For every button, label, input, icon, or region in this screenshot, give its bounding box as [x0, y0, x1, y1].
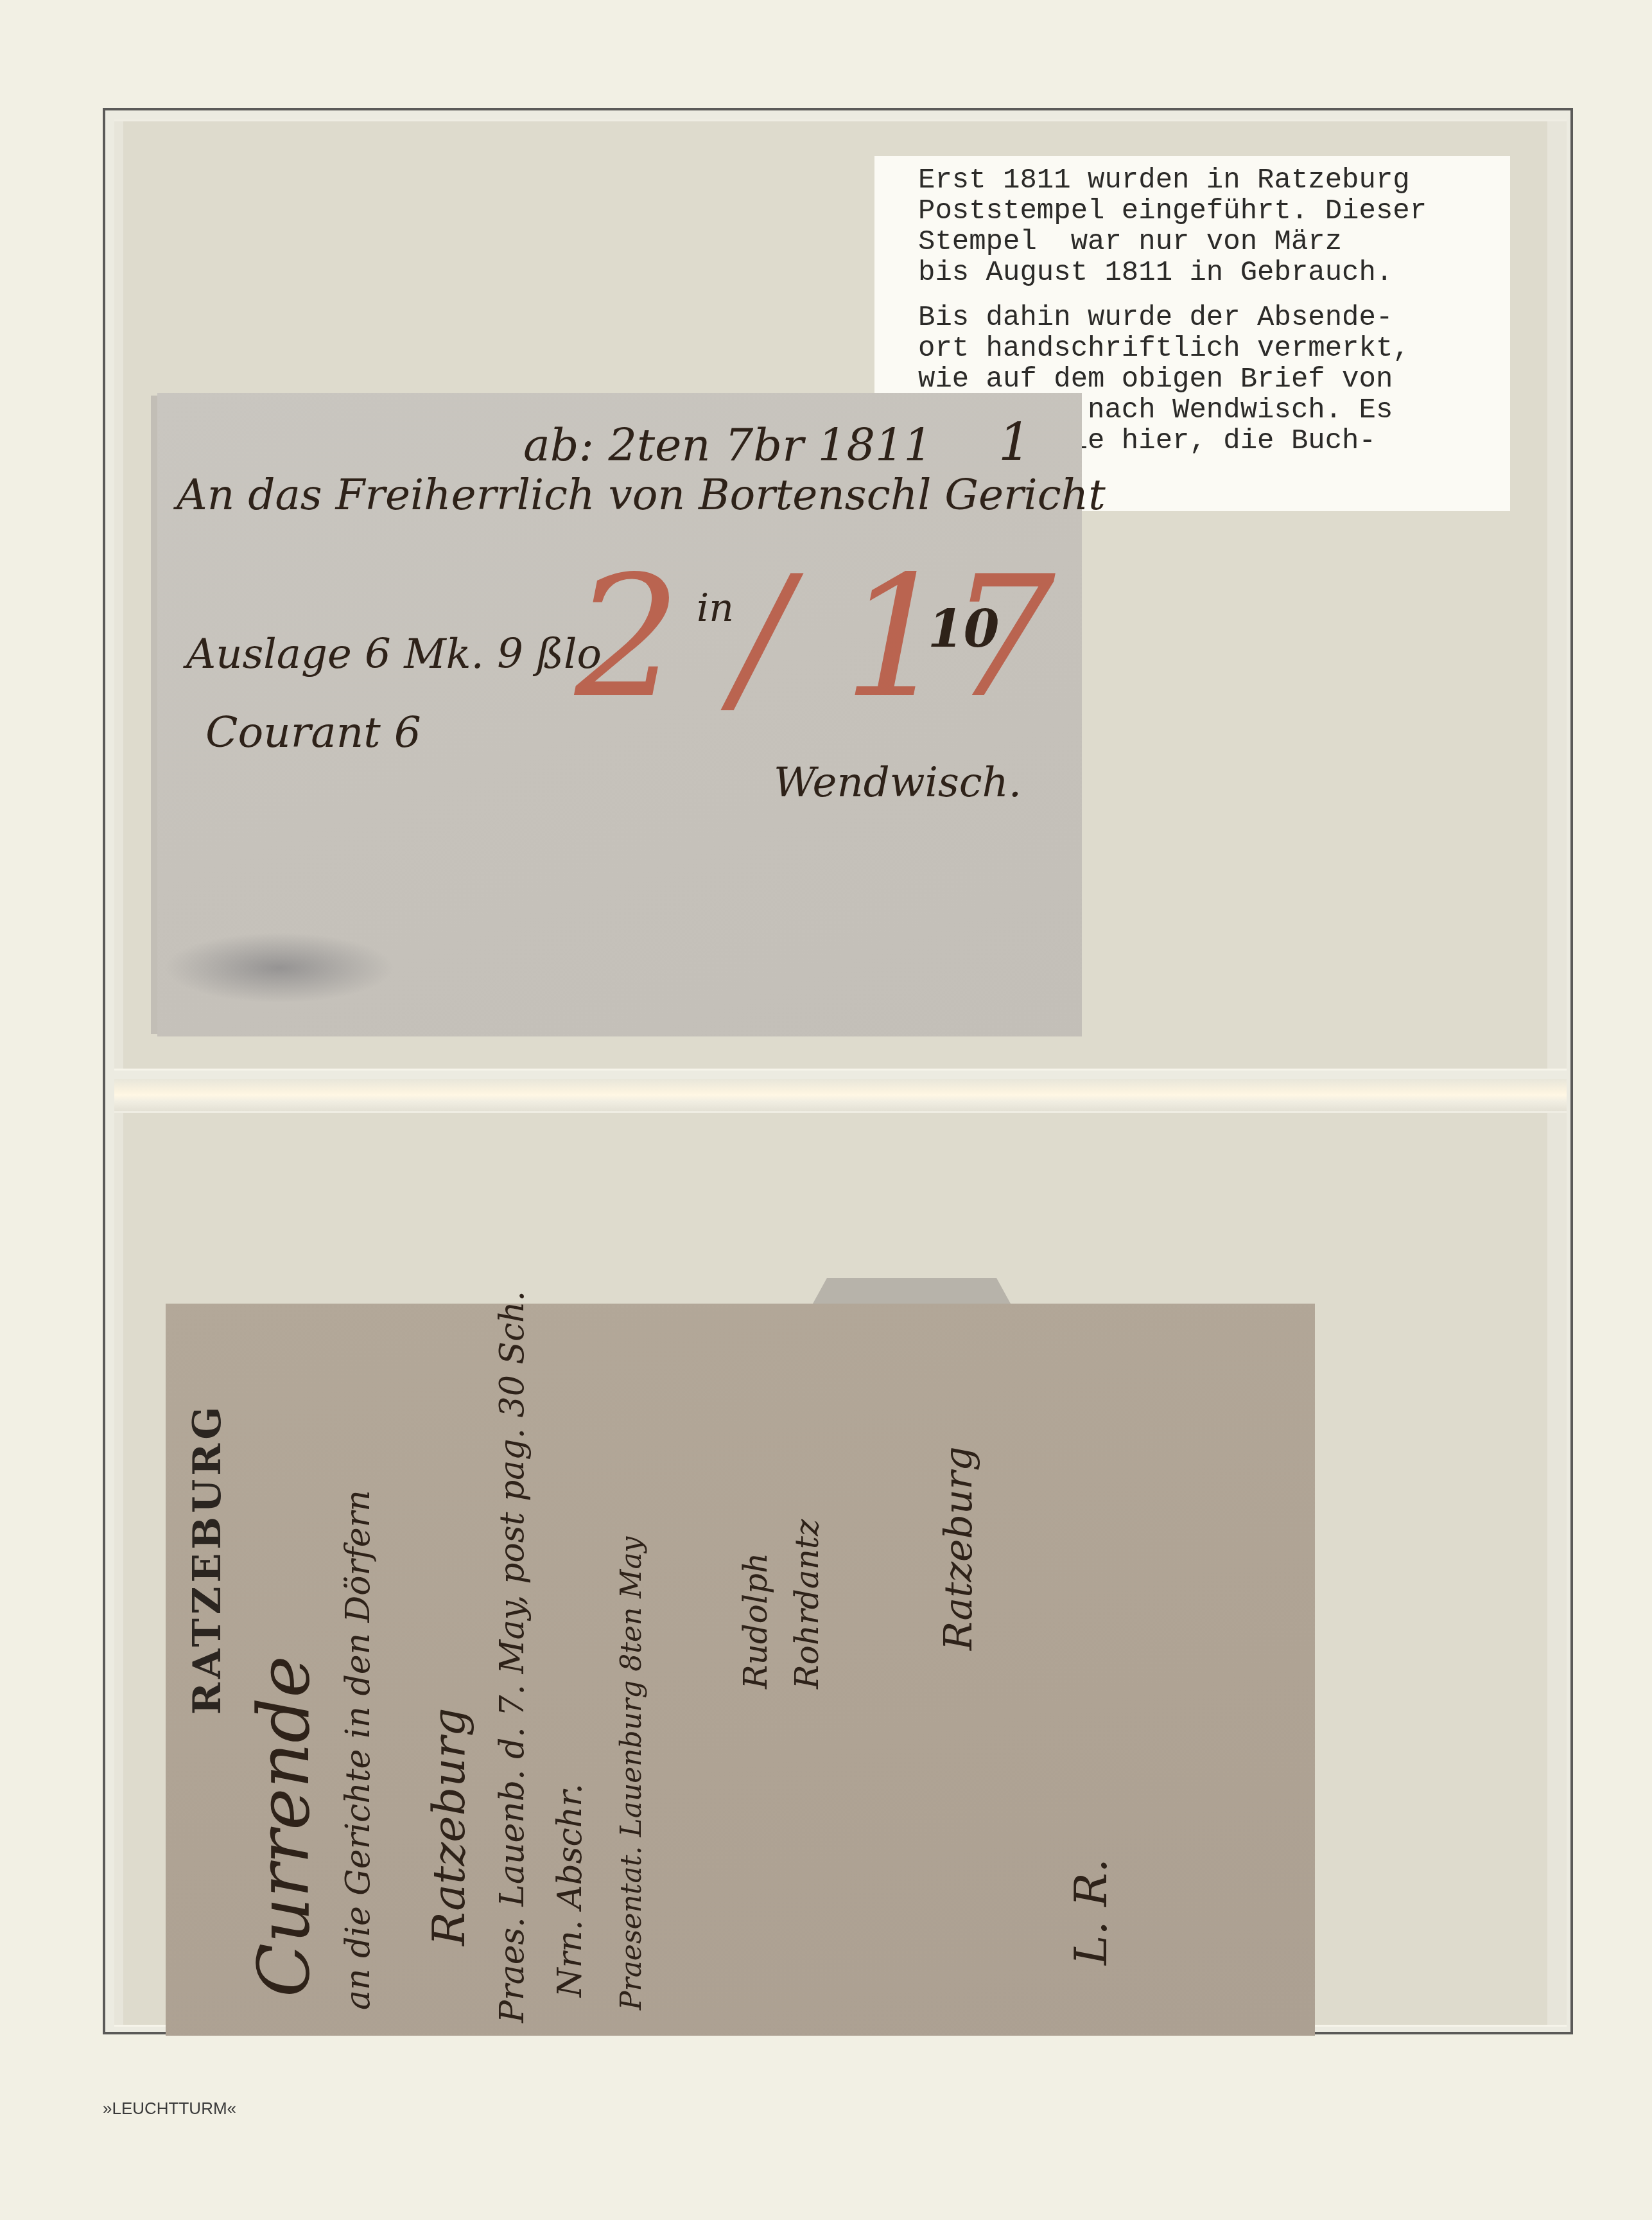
handwritten-destination: Wendwisch. [774, 759, 1022, 807]
handwritten-place: Ratzeburg [422, 1708, 475, 1946]
caption-line: Stempel war nur von März [918, 227, 1510, 258]
handwritten-addressee: an die Gerichte in den Dörfern [339, 1490, 378, 2010]
caption-paragraph-1: Erst 1811 wurden in Ratzeburg Poststempe… [918, 156, 1510, 288]
handwritten-initials: L. R. [1065, 1858, 1117, 1965]
smudge-mark [164, 932, 395, 1003]
handwritten-note: Nrn. Abschr. [551, 1783, 589, 1997]
caption-line: ort handschriftlich vermerkt, [918, 333, 1510, 364]
handwritten-number: 1 [998, 412, 1031, 472]
handwritten-signature: Rohrdantz [788, 1519, 826, 1689]
caption-line: Poststempel eingeführt. Dieser [918, 196, 1510, 227]
handwritten-note: Praesentat. Lauenburg 8ten May [615, 1537, 648, 2010]
historic-cover-wendwisch: 2 / 17 ab: 2ten 7br 1811 1 An das Freihe… [157, 393, 1082, 1036]
historic-cover-currende: RATZEBURG Currende an die Gerichte in de… [166, 1304, 1315, 2036]
pocket-divider [114, 1079, 1567, 1111]
handwritten-date: ab: 2ten 7br 1811 [523, 419, 932, 471]
caption-line: Bis dahin wurde der Absende- [918, 302, 1510, 333]
handwritten-word: in [697, 586, 734, 631]
handwritten-note: Praes. Lauenb. d. 7. May, post pag. 30 S… [493, 1291, 532, 2023]
album-brand: »LEUCHTTURM« [103, 2099, 236, 2119]
handwritten-place: Ratzeburg [936, 1446, 981, 1650]
caption-line: bis August 1811 in Gebrauch. [918, 258, 1510, 288]
caption-line: Erst 1811 wurden in Ratzeburg [918, 165, 1510, 196]
handwritten-currency: Courant 6 [205, 708, 421, 757]
handwritten-signature: Rudolph [737, 1553, 774, 1689]
handwritten-rate: 10 [928, 599, 999, 659]
handwritten-charges: Auslage 6 Mk. 9 ßlo [186, 631, 602, 678]
handwritten-address: An das Freiherrlich von Bortenschl Geric… [177, 470, 1106, 520]
caption-line: wie auf dem obigen Brief von [918, 364, 1510, 395]
handwritten-title: Currende [243, 1656, 325, 1997]
ratzeburg-postmark: RATZEBURG [185, 1403, 230, 1715]
